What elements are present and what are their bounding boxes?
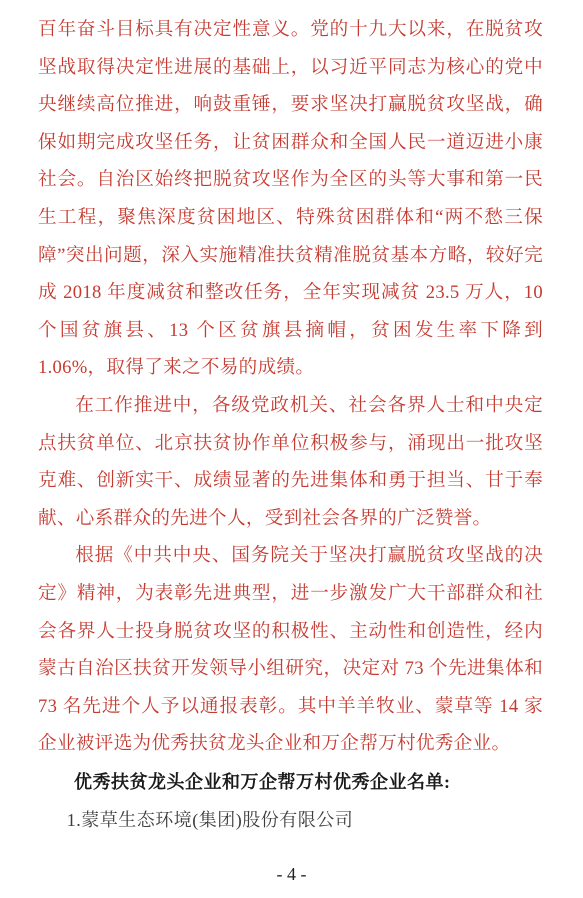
body-paragraph-1: 百年奋斗目标具有决定性意义。党的十九大以来，在脱贫攻坚战取得决定性进展的基础上，… (38, 11, 543, 387)
body-paragraph-2: 在工作推进中，各级党政机关、社会各界人士和中央定点扶贫单位、北京扶贫协作单位积极… (38, 387, 543, 537)
body-paragraph-3: 根据《中共中央、国务院关于坚决打赢脱贫攻坚战的决定》精神，为表彰先进典型，进一步… (38, 537, 543, 763)
document-page: 百年奋斗目标具有决定性意义。党的十九大以来，在脱贫攻坚战取得决定性进展的基础上，… (0, 0, 583, 898)
document-content: 百年奋斗目标具有决定性意义。党的十九大以来，在脱贫攻坚战取得决定性进展的基础上，… (38, 11, 543, 839)
section-heading: 优秀扶贫龙头企业和万企帮万村优秀企业名单: (38, 763, 543, 801)
list-item-company-1: 1.蒙草生态环境(集团)股份有限公司 (38, 801, 543, 839)
page-number: - 4 - (0, 864, 583, 885)
